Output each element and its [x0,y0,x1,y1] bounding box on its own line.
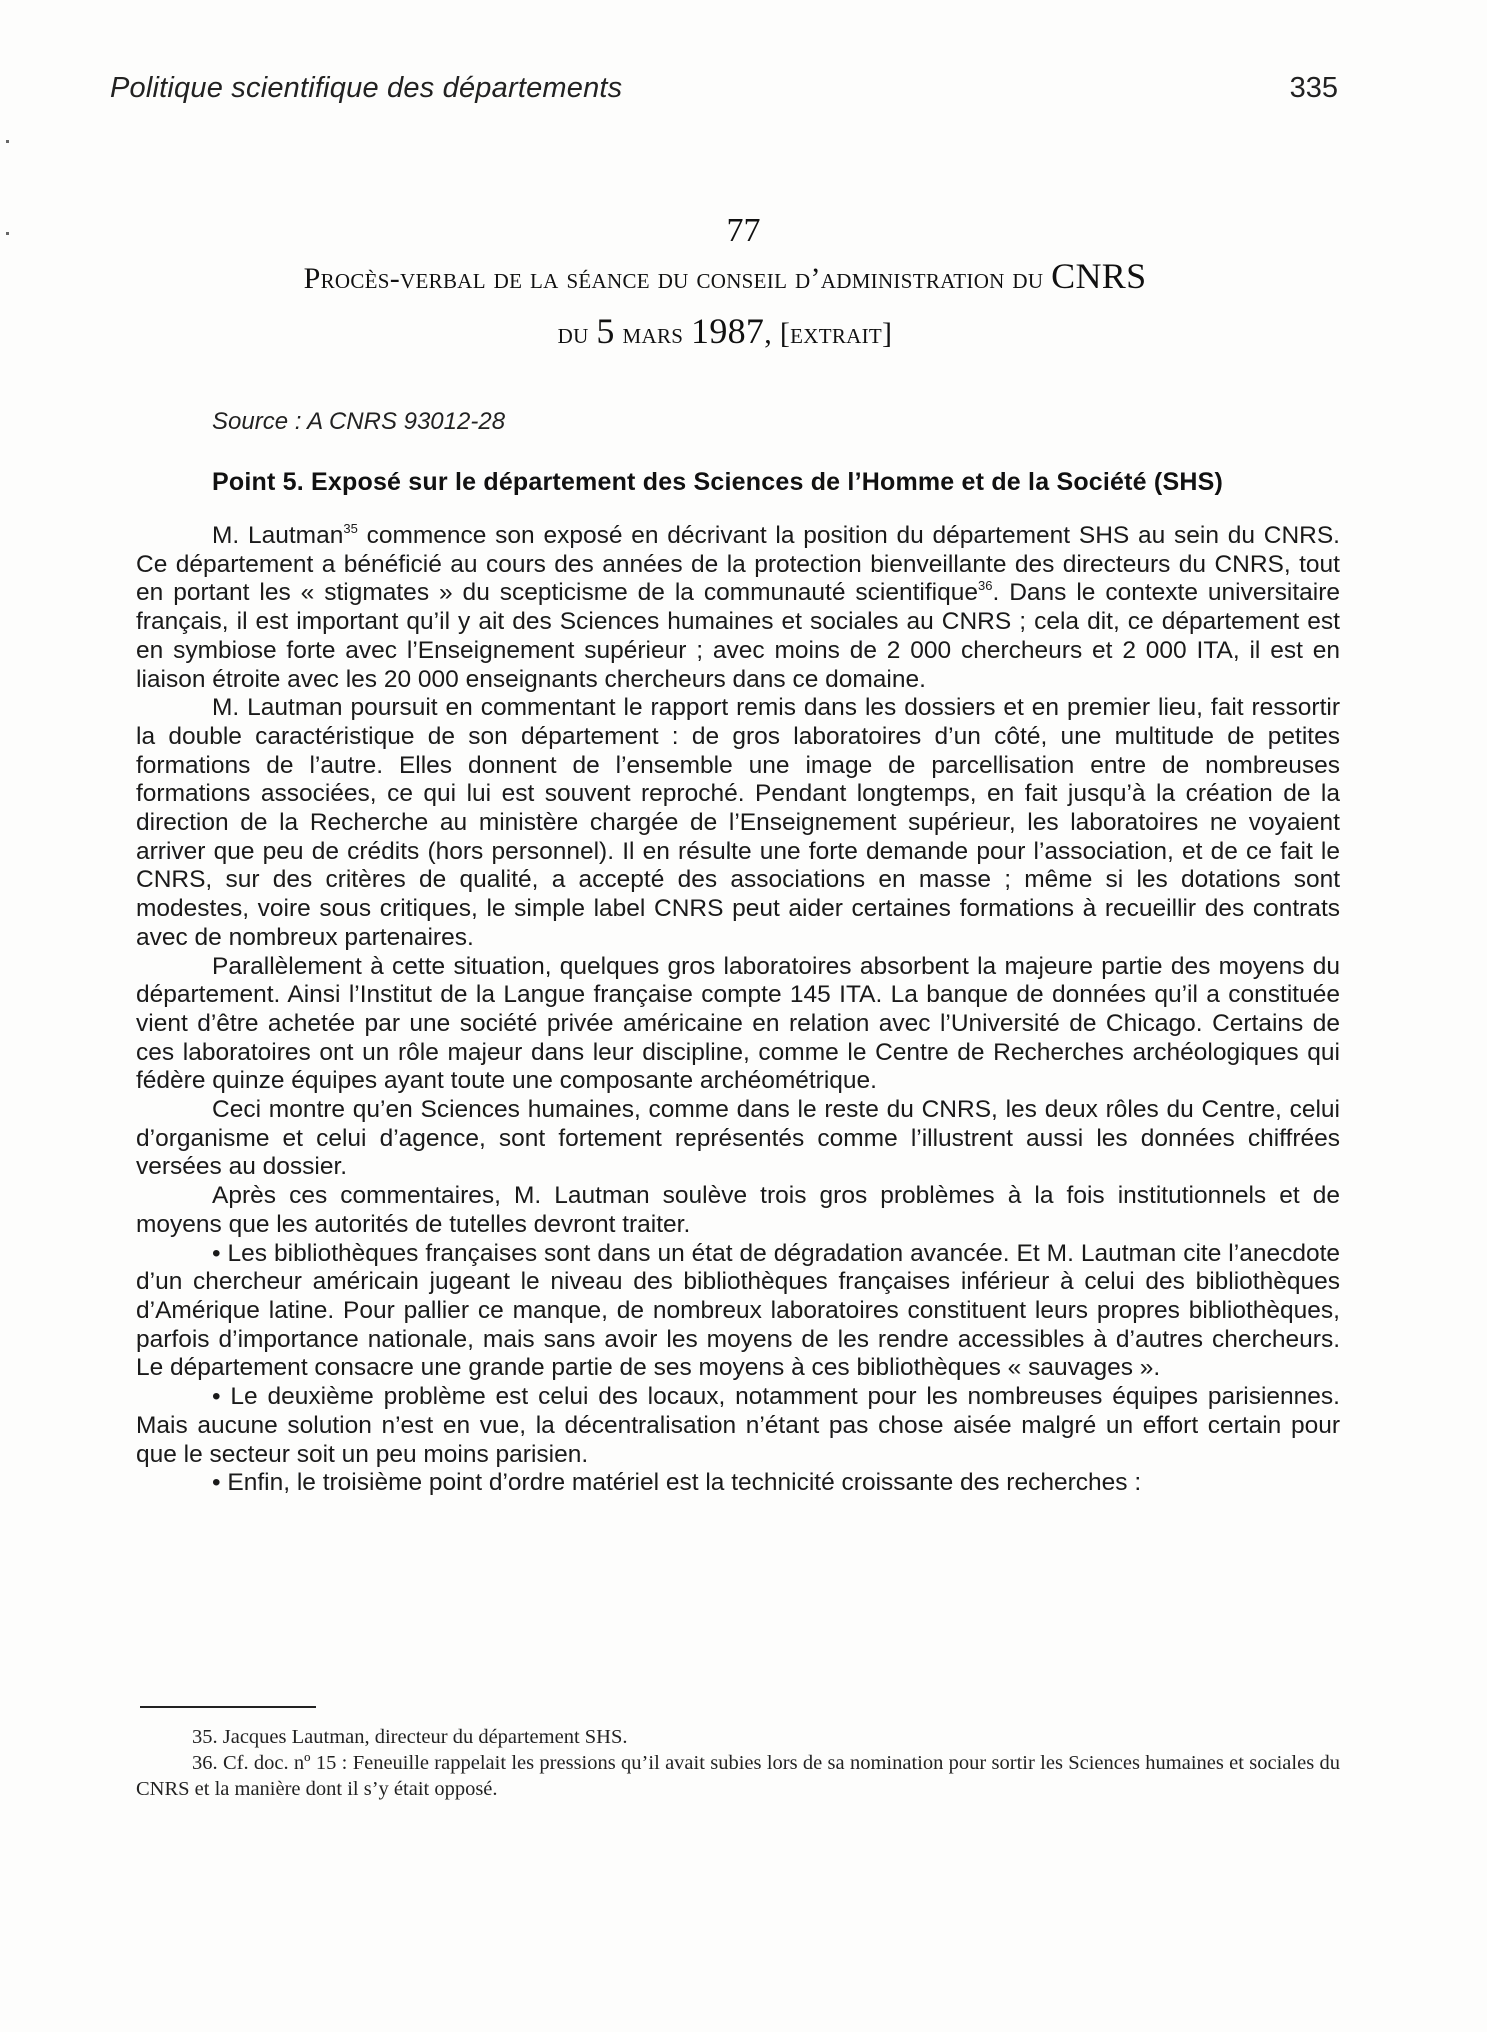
footnote-ref-35[interactable]: 35 [343,521,357,536]
paragraph: Après ces commentaires, M. Lautman soulè… [136,1182,1340,1239]
running-head: Politique scientifique des départements … [110,72,1338,116]
title-year: 1987 [691,311,764,351]
bullet-paragraph: • Le deuxième problème est celui des loc… [136,1383,1340,1469]
paragraph: Parallèlement à cette situation, quelque… [136,953,1340,1097]
title-text: Procès-verbal de la séance du conseil d’… [304,262,1052,295]
footnote-ref-36[interactable]: 36 [978,578,992,593]
source-line: Source : A CNRS 93012-28 [212,408,505,436]
bullet-paragraph: • Enfin, le troisième point d’ordre maté… [136,1469,1340,1498]
body-text: M. Lautman35 commence son exposé en décr… [136,522,1340,1498]
document-title: Procès-verbal de la séance du conseil d’… [160,250,1290,360]
title-day: 5 [596,311,614,351]
footnote-35: 35. Jacques Lautman, directeur du départ… [136,1724,1340,1750]
footnotes: 35. Jacques Lautman, directeur du départ… [136,1724,1340,1802]
title-text: du [558,317,597,350]
footnote-36: 36. Cf. doc. nº 15 : Feneuille rappelait… [136,1750,1340,1802]
running-title: Politique scientifique des départements [110,72,622,105]
title-cnrs: CNRS [1051,256,1146,296]
scan-artifact [6,140,9,143]
document-title-line-2: du 5 mars 1987, [extrait] [160,305,1290,360]
document-number: 77 [0,212,1487,250]
document-page: Politique scientifique des départements … [0,0,1487,2032]
paragraph: M. Lautman35 commence son exposé en décr… [136,522,1340,694]
paragraph-text: M. Lautman [212,522,343,549]
paragraph: M. Lautman poursuit en commentant le rap… [136,694,1340,952]
title-month: mars [615,317,691,350]
title-suffix: , [extrait] [764,317,892,350]
bullet-paragraph: • Les bibliothèques françaises sont dans… [136,1240,1340,1384]
footnote-divider [140,1706,316,1708]
document-title-line-1: Procès-verbal de la séance du conseil d’… [160,250,1290,305]
page-number: 335 [1290,72,1338,105]
section-heading: Point 5. Exposé sur le département des S… [212,468,1223,497]
paragraph: Ceci montre qu’en Sciences humaines, com… [136,1096,1340,1182]
